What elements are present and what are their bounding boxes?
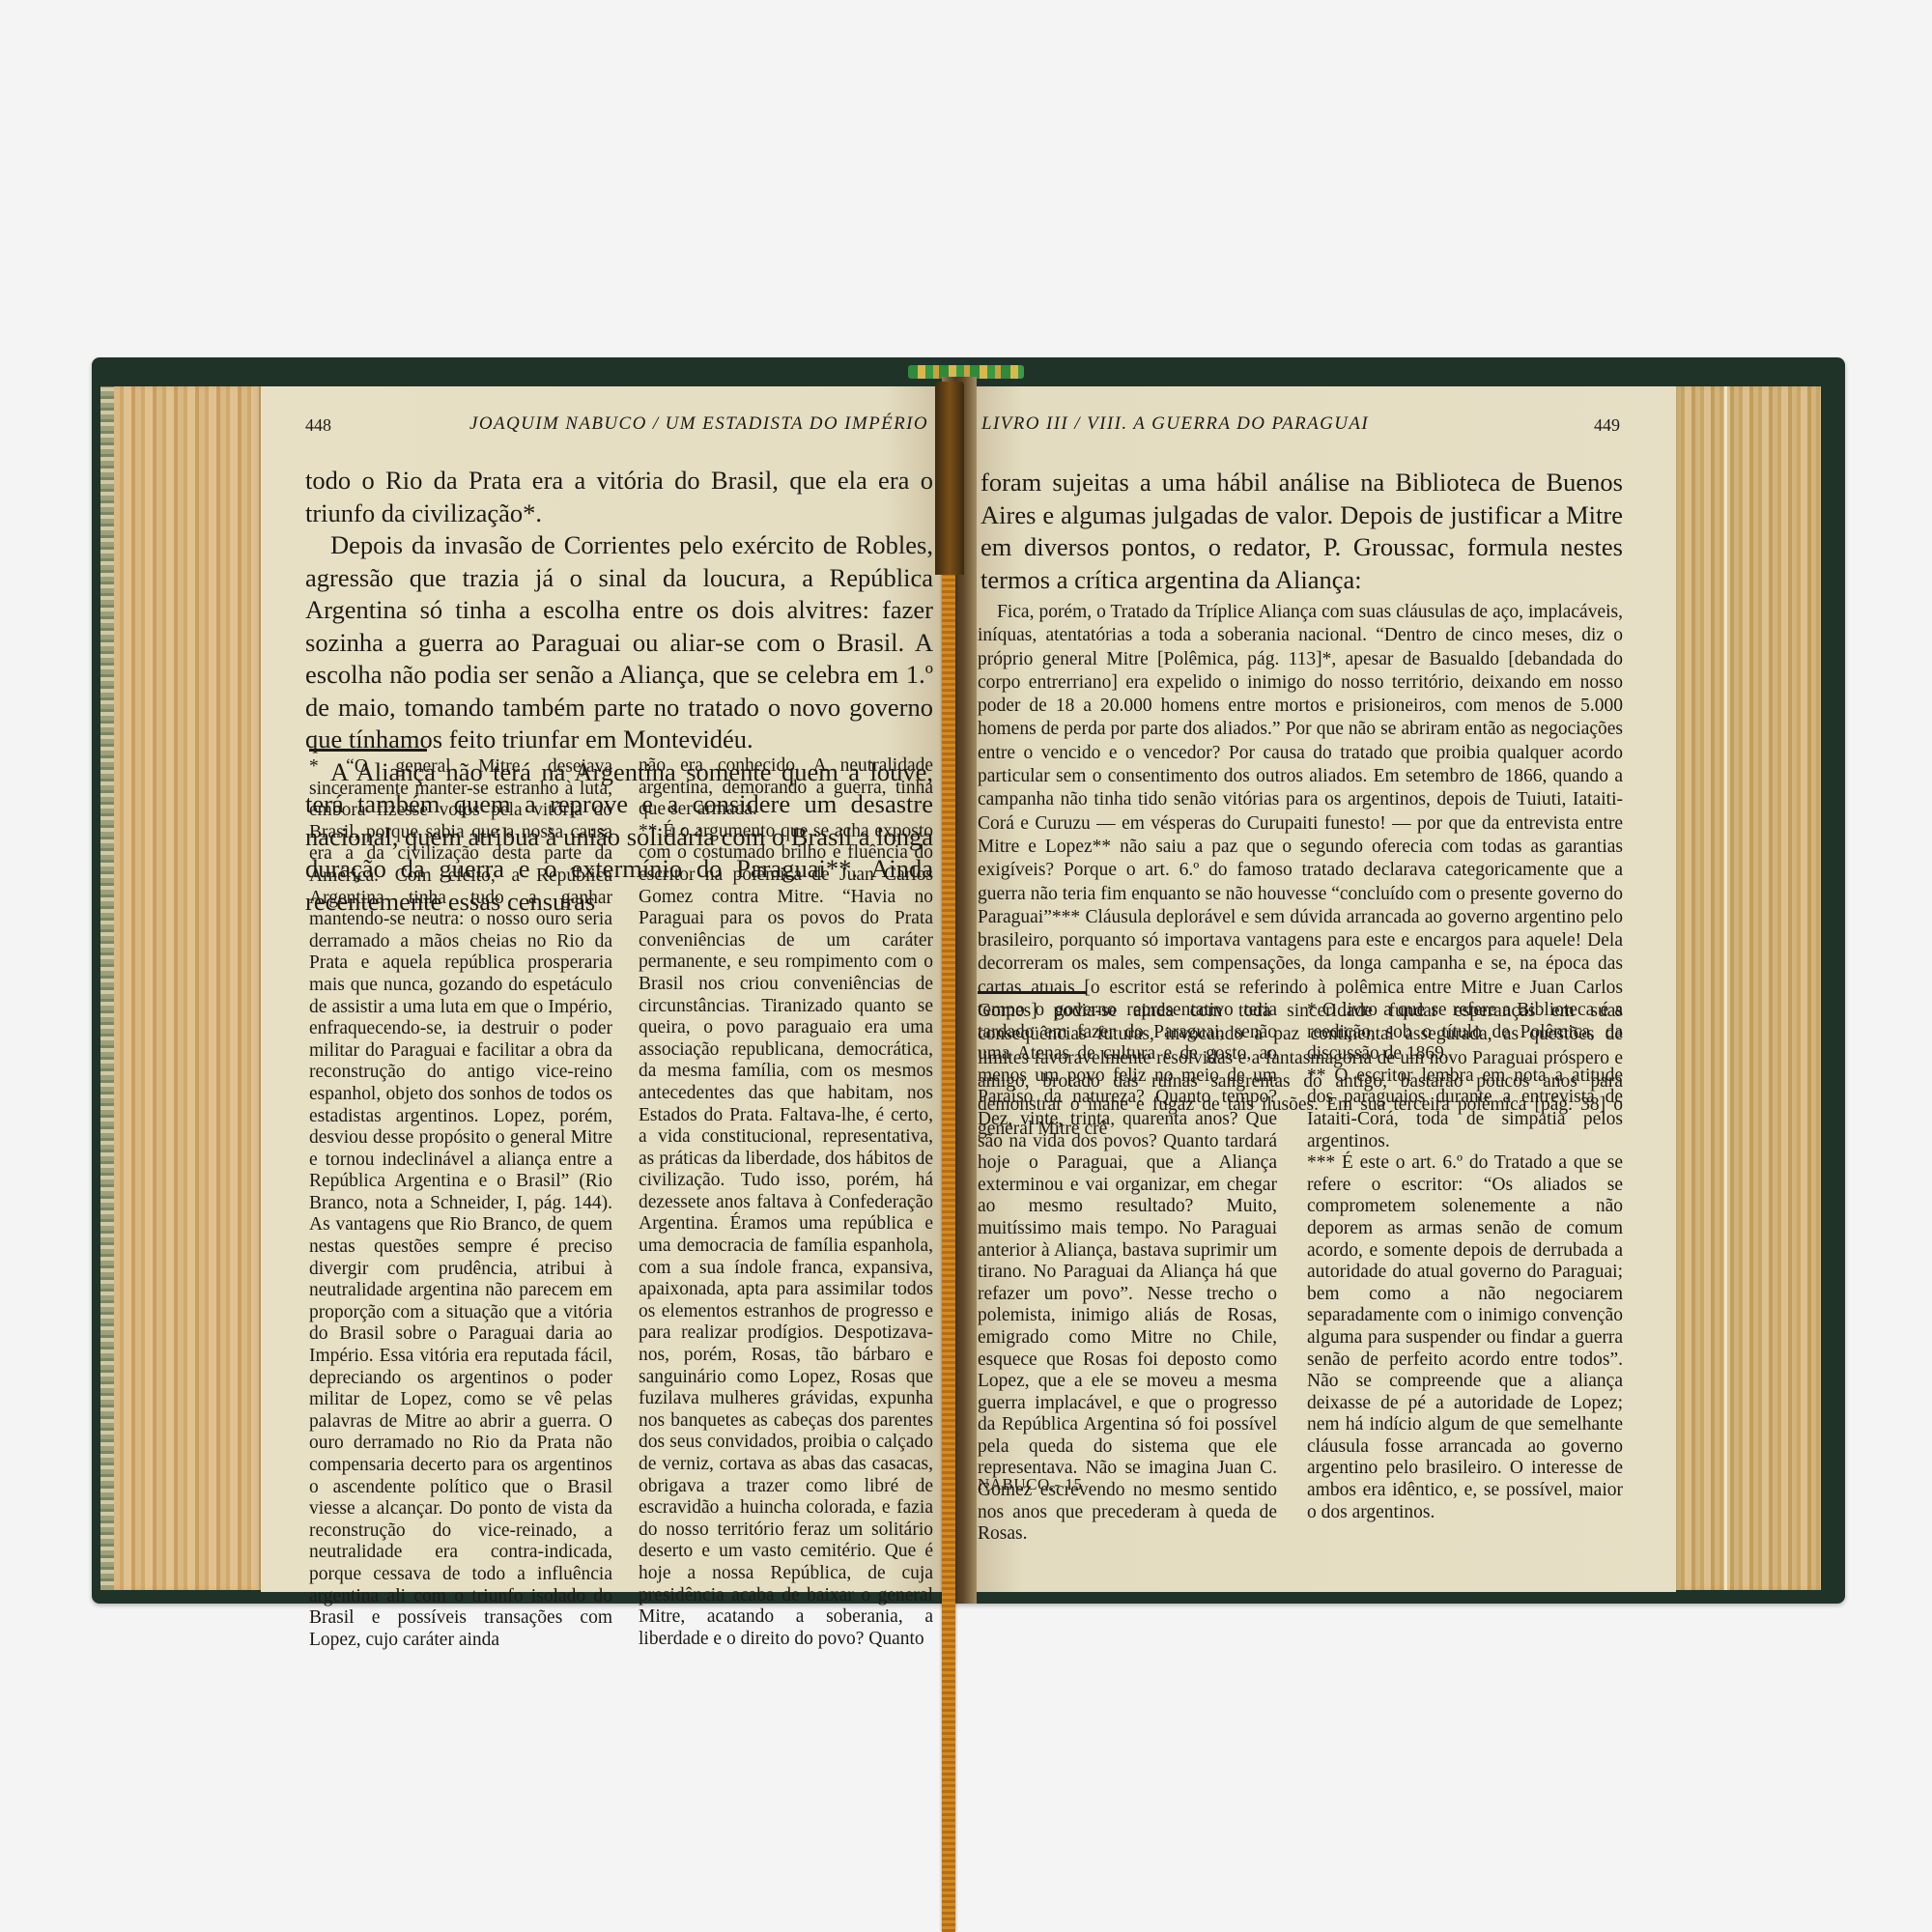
left-footnote-col2: não era conhecido. A neutralidade argent… [639,755,933,1650]
signature-mark: NABUCO.- 15 [978,1475,1082,1494]
paragraph: todo o Rio da Prata era a vitória do Bra… [305,465,933,529]
footnote: * O livro a que se refere a Biblioteca é… [1307,1000,1623,1065]
right-page-edges [1676,386,1821,1590]
page-number-right: 449 [1594,415,1620,436]
marbled-endpaper [100,386,114,1590]
paragraph: foram sujeitas a uma hábil análise na Bi… [980,467,1623,596]
bookmark-ribbon[interactable] [942,386,955,1932]
running-head-left: JOAQUIM NABUCO / UM ESTADISTA DO IMPÉRIO [469,413,928,435]
left-footnote-col1: * “O general Mitre desejava sinceramente… [309,756,612,1651]
running-head-right: LIVRO III / VIII. A GUERRA DO PARAGUAI [981,413,1369,435]
right-footnote-col2: * O livro a que se refere a Biblioteca é… [1307,1000,1623,1523]
footnote: * “O general Mitre desejava sinceramente… [309,756,612,1651]
page-number-left: 448 [305,415,331,436]
right-body-text: foram sujeitas a uma hábil análise na Bi… [980,467,1623,596]
footnote-continuation: não era conhecido. A neutralidade argent… [639,755,933,821]
bookmark-ribbon-top [935,382,964,575]
paragraph: Depois da invasão de Corrientes pelo exé… [305,529,933,756]
right-footnote-col1: tempo o governo representativo teria tar… [978,1000,1277,1546]
footnote-continuation: tempo o governo representativo teria tar… [978,1000,1277,1546]
footnote-separator [309,749,427,752]
footnote: ** É o argumento que se acha exposto com… [639,821,933,1651]
left-page-edges [114,386,261,1590]
footnote-separator [978,991,1086,994]
footnote: ** O escritor lembra em nota a atitude d… [1307,1065,1623,1152]
footnote: *** É este o art. 6.º do Tratado a que s… [1307,1152,1623,1523]
